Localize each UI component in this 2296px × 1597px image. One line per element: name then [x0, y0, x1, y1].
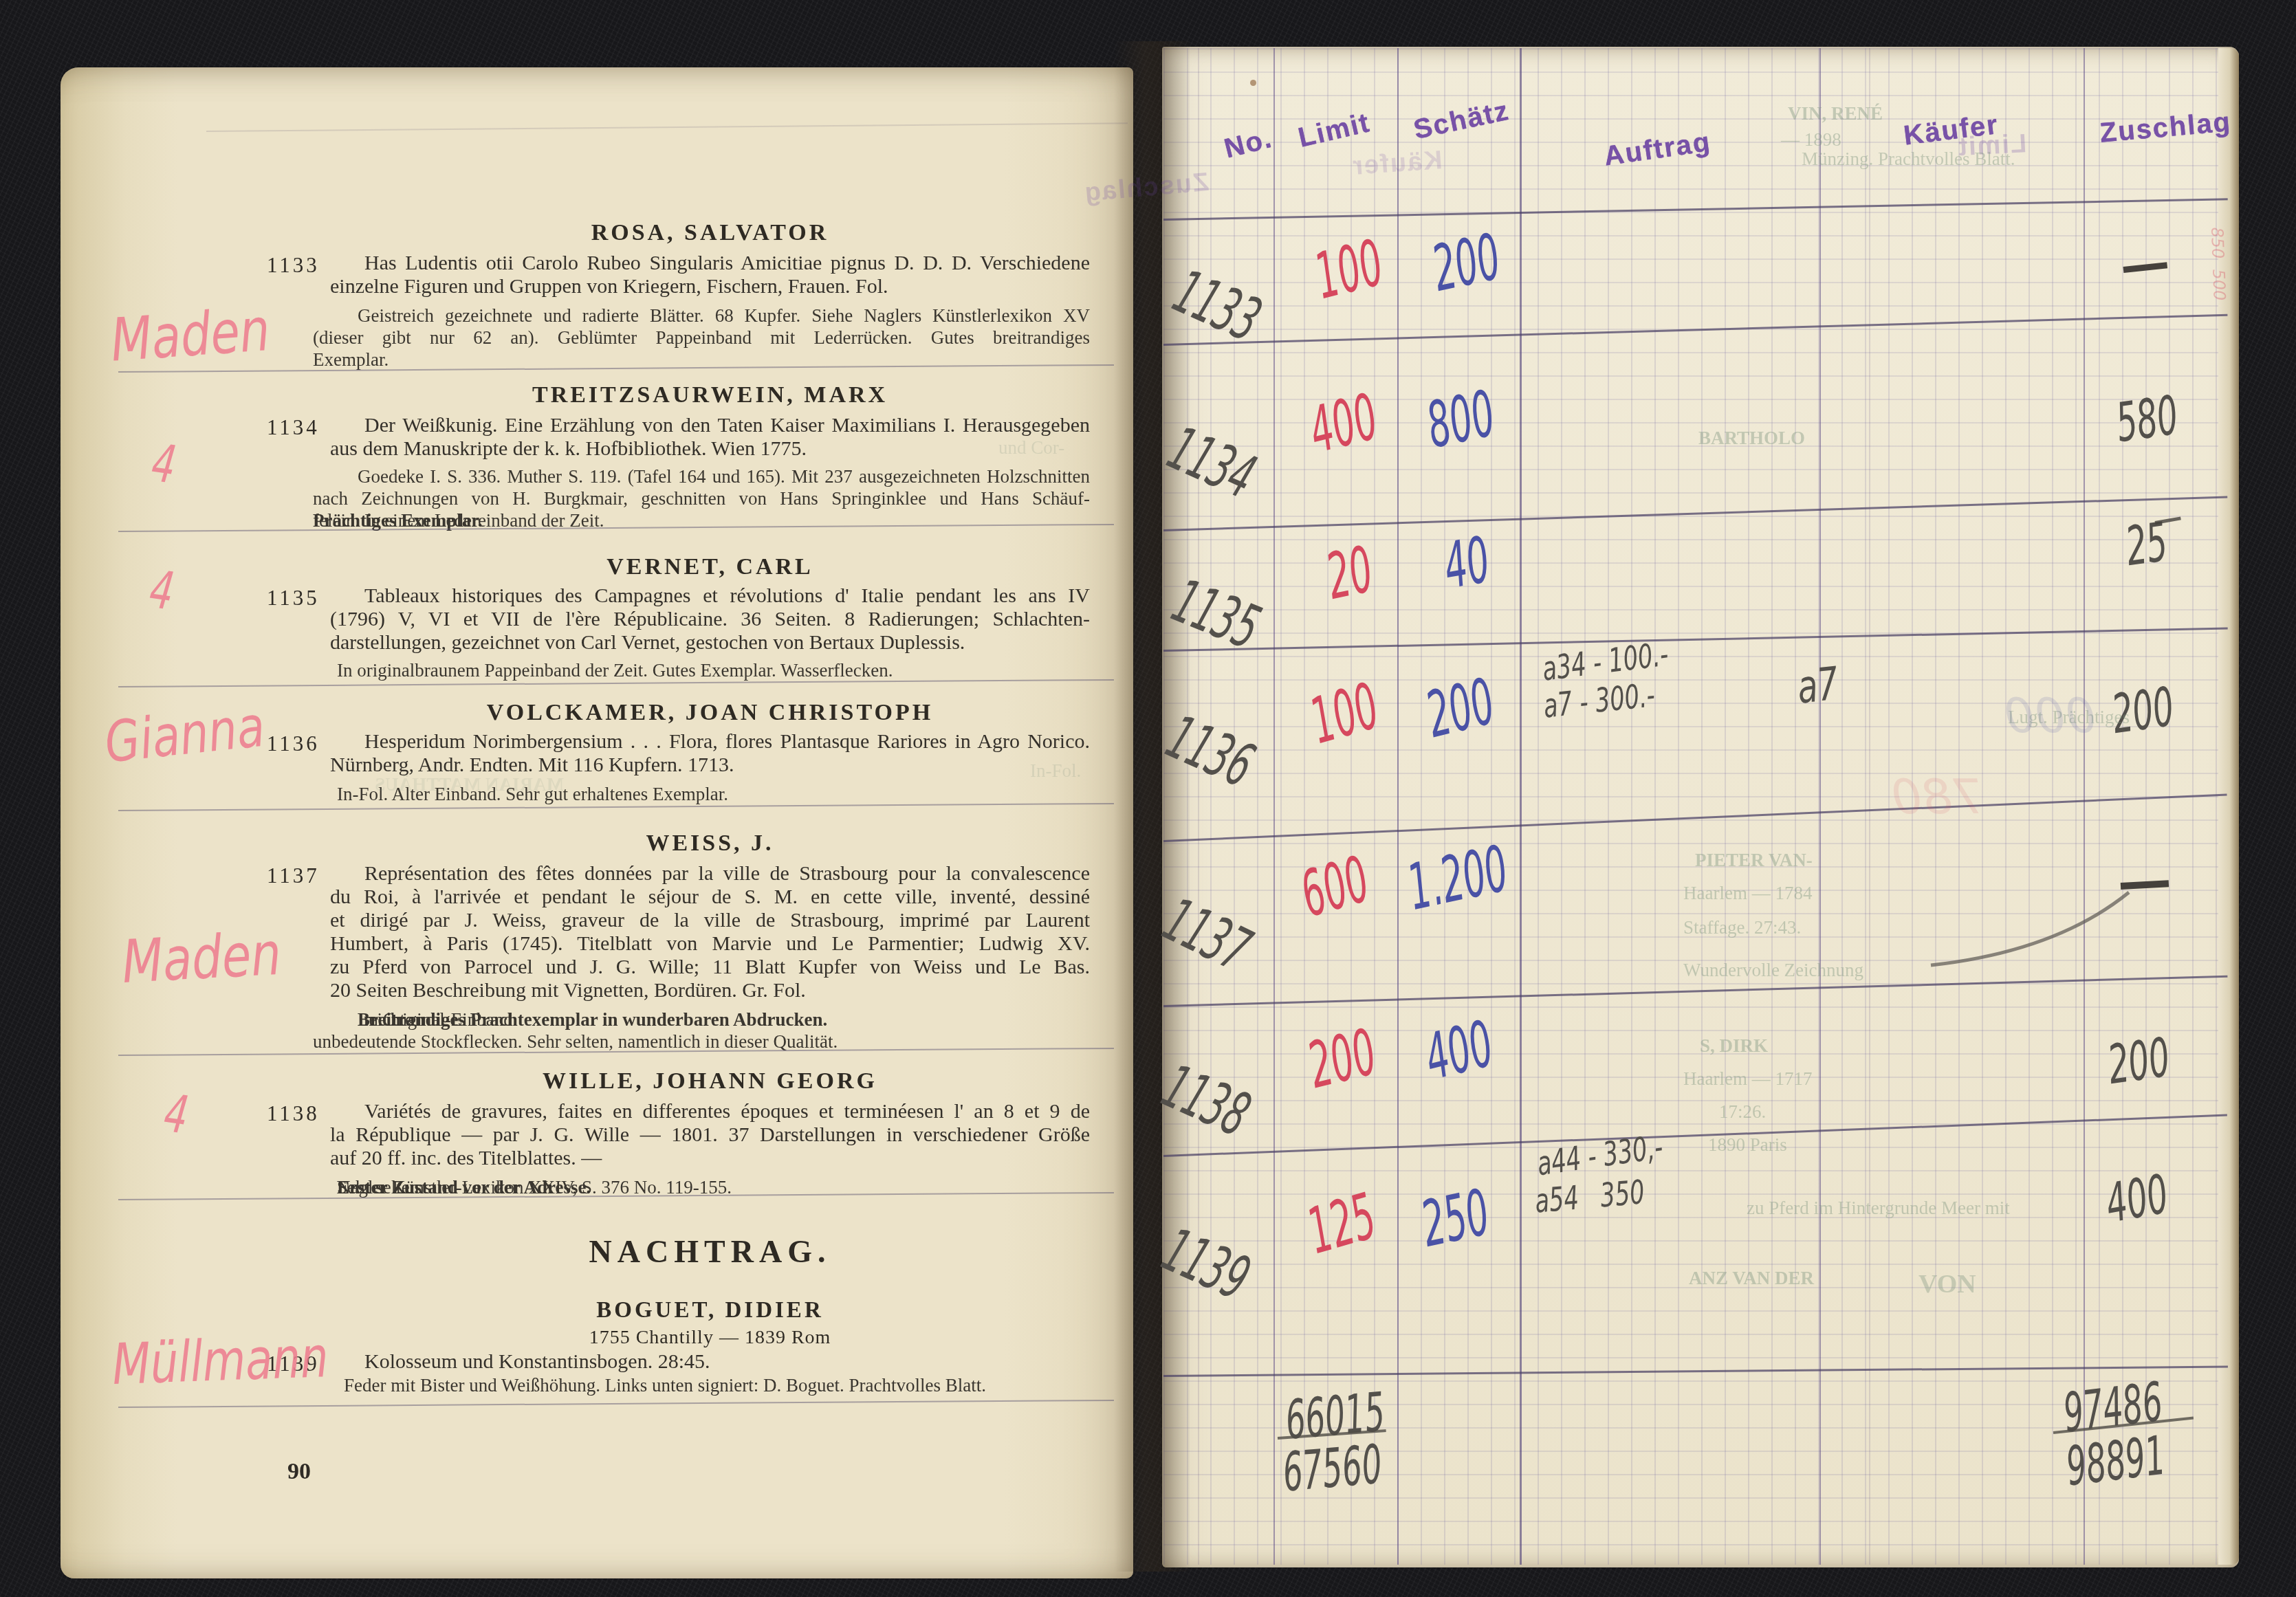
- ghost-text: Staffage. 27:43.: [1683, 917, 1801, 938]
- lot-line: Tableaux historiques des Campagnes et ré…: [364, 584, 1090, 608]
- fore-edge-marks: 850 500: [2207, 227, 2229, 301]
- lot-line: aus dem Manuskripte der k. k. Hofbibliot…: [330, 437, 1090, 461]
- artist-heading: VERNET, CARL: [330, 554, 1090, 580]
- zuschlag-column-total: 98891: [2063, 1424, 2169, 1498]
- ghost-stamp-kaeufer: Käufer: [1351, 146, 1443, 181]
- ghost-text: und Cor-: [998, 437, 1064, 459]
- ghost-text: VON: [1918, 1269, 1976, 1299]
- ledger-zuschlag: 400: [2101, 1163, 2173, 1235]
- ghost-text: zu Pferd im Hintergrunde Meer mit: [1747, 1198, 2010, 1219]
- ghost-text: PIETER VAN-: [1695, 850, 1813, 871]
- column-rule: [1273, 48, 1275, 1565]
- lot-line: zu Pferd von Parrocel und J. G. Wille; 1…: [330, 956, 1090, 979]
- lot-line: Nürnberg, Andr. Endten. Mit 116 Kupfern.…: [330, 753, 1090, 777]
- note-text: Leichte: [358, 1009, 413, 1031]
- scanned-book-spread: No. Limit Schätz Auftrag Käufer Zuschlag…: [0, 0, 2296, 1597]
- ghost-numeral: 000: [2004, 687, 2096, 744]
- lot-number: 1133: [267, 253, 320, 278]
- ghost-text: — 1898: [1781, 129, 1841, 151]
- lot-number: 1137: [267, 863, 320, 888]
- ledger-zuschlag: 580: [2112, 385, 2182, 455]
- lot-line: (1796) V, VI et VII de l'ère Républicain…: [330, 608, 1090, 631]
- lot-note: Goedeke I. S. 336. Muther S. 119. (Tafel…: [358, 466, 1090, 487]
- lot-note: Geistreich gezeichnete und radierte Blät…: [358, 305, 1090, 327]
- ghost-text: Wundervolle Zeichnung: [1683, 960, 1863, 981]
- column-rule: [1520, 48, 1522, 1565]
- lot-line: auf 20 ff. inc. des Titelblattes. —: [330, 1147, 1090, 1170]
- ledger-kaeufer: a7: [1795, 657, 1841, 714]
- artist-heading: WEISS, J.: [330, 830, 1090, 857]
- margin-annotation: Maden: [120, 920, 283, 997]
- artist-dates: 1755 Chantilly — 1839 Rom: [330, 1327, 1090, 1349]
- artist-heading: VOLCKAMER, JOAN CHRISTOPH: [330, 700, 1090, 726]
- note-text: Sehr selten.: [337, 1177, 424, 1198]
- artist-heading: ROSA, SALVATOR: [330, 220, 1090, 246]
- lot-line: et dirigé par J. Weiss, graveur de la vi…: [330, 909, 1090, 932]
- lot-line: du Roi, à l'arrivée et pendant le séjour…: [330, 885, 1090, 909]
- column-rule: [1869, 48, 1870, 1565]
- lot-note: In originalbraunem Pappeinband der Zeit.…: [337, 660, 1090, 681]
- lot-number: 1136: [267, 731, 320, 756]
- lot-line: Représentation des fêtes données par la …: [364, 862, 1090, 885]
- ghost-text: Haarlem — 1717: [1683, 1068, 1812, 1090]
- lot-note: Feder mit Bister und Weißhöhung. Links u…: [344, 1375, 1100, 1396]
- ghost-text: S, DIRK: [1700, 1035, 1768, 1057]
- lot-line: la République — par J. G. Wille — 1801. …: [330, 1123, 1090, 1147]
- ghost-text-mirrored: MARIAN MATTHÄUS: [375, 774, 564, 795]
- ghost-text: In-Fol.: [1030, 760, 1081, 782]
- column-rule: [2084, 48, 2085, 1565]
- pencil-curve-stroke: [1925, 888, 2139, 978]
- book-gutter: [1114, 41, 1190, 1572]
- lot-line: Der Weißkunig. Eine Erzählung von den Ta…: [364, 414, 1090, 437]
- lot-line: darstellungen, gezeichnet von Carl Verne…: [330, 631, 1090, 654]
- nachtrag-heading: NACHTRAG.: [330, 1233, 1090, 1270]
- lot-line: Humbert, à Paris (1745). Titelblatt von …: [330, 932, 1090, 956]
- lot-number: 1138: [267, 1101, 320, 1126]
- margin-annotation: Müllmann: [111, 1325, 329, 1398]
- artist-heading: WILLE, JOHANN GEORG: [330, 1068, 1090, 1094]
- lot-line: Kolosseum und Konstantinsbogen. 28:45.: [364, 1350, 1090, 1374]
- lot-note: (dieser gibt nur 62 an). Geblümter Pappe…: [313, 327, 1090, 349]
- ledger-zuschlag: 200: [2104, 1027, 2174, 1097]
- paper-speck: [1250, 80, 1256, 86]
- lot-line: Has Ludentis otii Carolo Rubeo Singulari…: [364, 252, 1090, 275]
- lot-line: 20 Seiten Beschreibung mit Vignetten, Bo…: [330, 979, 1090, 1002]
- column-rule: [1397, 48, 1399, 1565]
- lot-number: 1135: [267, 586, 320, 610]
- column-rule: [1819, 48, 1821, 1565]
- lot-number: 1134: [267, 415, 320, 440]
- ghost-text: 17:26.: [1719, 1101, 1766, 1123]
- lot-line: Hesperidum Norimbergensium . . . Flora, …: [364, 730, 1090, 753]
- lot-note: nach Zeichnungen von H. Burgkmair, gesch…: [313, 488, 1090, 509]
- ghost-numeral: 780: [1891, 769, 1983, 825]
- ghost-text: VIN, RENÉ: [1788, 103, 1883, 124]
- margin-annotation: Maden: [109, 296, 272, 375]
- artist-heading: BOGUET, DIDIER: [330, 1298, 1090, 1323]
- artist-heading: TREITZSAURWEIN, MARX: [330, 382, 1090, 408]
- limit-column-total: 67560: [1280, 1433, 1384, 1504]
- lot-line: einzelne Figuren und Gruppen von Krieger…: [330, 275, 1090, 298]
- ghost-text: ANZ VAN DER: [1689, 1268, 1814, 1289]
- lot-line: Variétés de gravures, faites en differen…: [364, 1100, 1090, 1123]
- page-number: 90: [287, 1459, 311, 1485]
- note-bold-text: Breitrandiges Prachtexemplar in wunderba…: [358, 1009, 827, 1031]
- ghost-text: Münzing. Prachtvolles Blatt.: [1802, 148, 2015, 170]
- ghost-text: BARTHOLO: [1698, 428, 1805, 449]
- ghost-text: 1890 Paris: [1708, 1134, 1787, 1156]
- ghost-text: Haarlem — 1784: [1683, 883, 1812, 904]
